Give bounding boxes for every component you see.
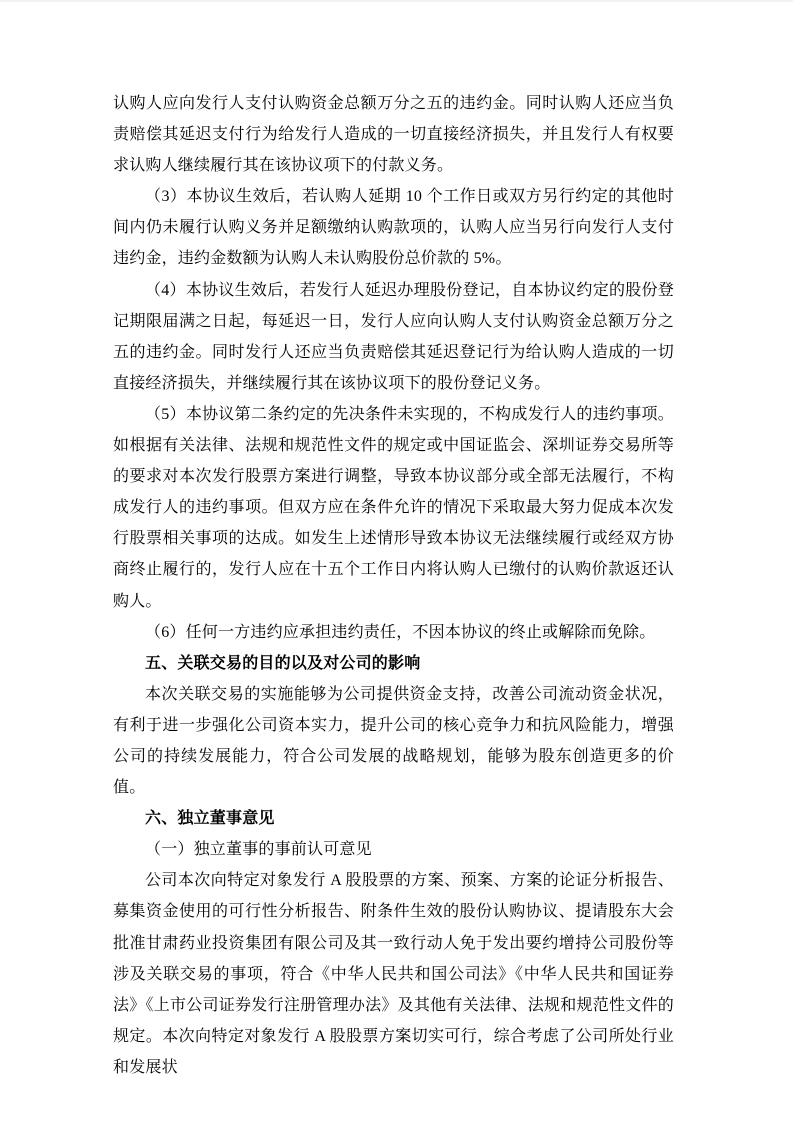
paragraph-subheading-prior-approval-opinion: （一）独立董事的事前认可意见 <box>113 834 674 865</box>
page-top-edge <box>0 0 793 2</box>
paragraph-opinion-body: 公司本次向特定对象发行 A 股股票的方案、预案、方案的论证分析报告、募集资金使用… <box>113 865 674 1083</box>
paragraph-clause-5-precondition: （5）本协议第二条约定的先决条件未实现的，不构成发行人的违约事项。如根据有关法律… <box>113 399 674 617</box>
document-text-block: 认购人应向发行人支付认购资金总额万分之五的违约金。同时认购人还应当负责赔偿其延迟… <box>113 88 674 1083</box>
section-heading-6-independent-directors-opinion: 六、独立董事意见 <box>113 803 674 834</box>
paragraph-clause-6-liability: （6）任何一方违约应承担违约责任，不因本协议的终止或解除而免除。 <box>113 617 674 648</box>
paragraph-clause-4-issuer-delay: （4）本协议生效后，若发行人延迟办理股份登记，自本协议约定的股份登记期限届满之日… <box>113 275 674 399</box>
paragraph-clause-3-subscriber-delay: （3）本协议生效后，若认购人延期 10 个工作日或双方另行约定的其他时间内仍未履… <box>113 181 674 274</box>
document-page: 认购人应向发行人支付认购资金总额万分之五的违约金。同时认购人还应当负责赔偿其延迟… <box>0 0 793 1122</box>
section-heading-5-related-transaction-purpose: 五、关联交易的目的以及对公司的影响 <box>113 648 674 679</box>
paragraph-breach-payment-continuation: 认购人应向发行人支付认购资金总额万分之五的违约金。同时认购人还应当负责赔偿其延迟… <box>113 88 674 181</box>
paragraph-transaction-benefits: 本次关联交易的实施能够为公司提供资金支持，改善公司流动资金状况，有利于进一步强化… <box>113 679 674 803</box>
